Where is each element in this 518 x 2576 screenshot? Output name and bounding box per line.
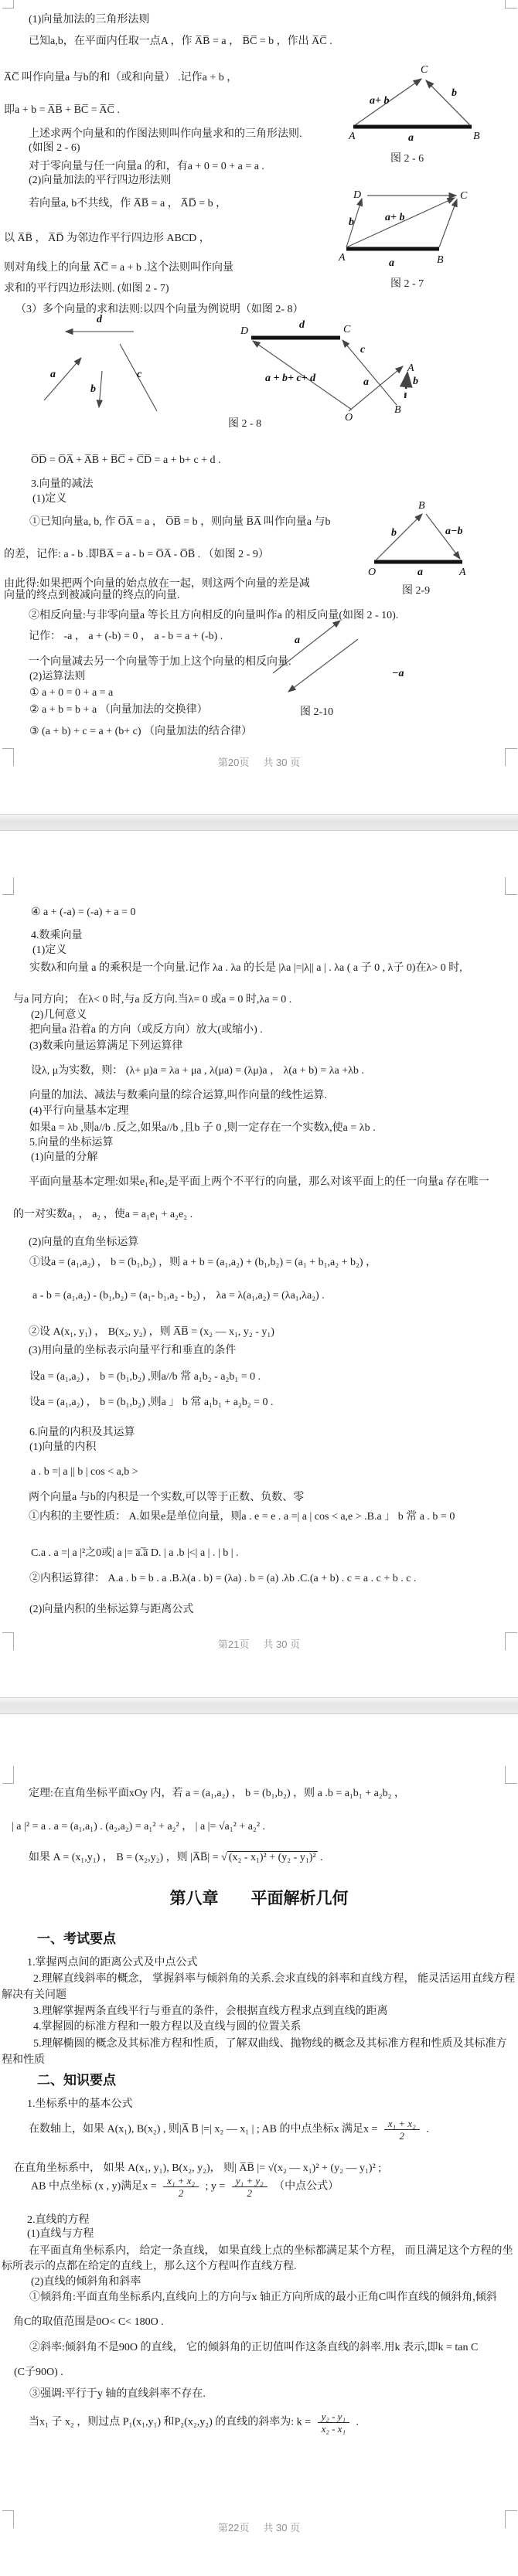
- page-separator: [0, 814, 518, 831]
- vertex-label: A: [407, 362, 414, 374]
- text-line: 一个向量减去另一个向量等于加上这个向量的相反向量.: [29, 656, 291, 669]
- margin-mark: [2, 748, 14, 766]
- text-line: (4)平行向量基本定理: [29, 1105, 128, 1118]
- formula-text: 在数轴上，如果 A(x₁), B(x₂) , 则|A̅ B̅ |=| x₂ — …: [29, 2124, 377, 2135]
- arrow-o-to-b: [376, 514, 422, 560]
- fraction: y₂ - y₁x₂ - x₁: [318, 2411, 349, 2435]
- fraction-denominator: 2: [163, 2187, 199, 2199]
- page-total: 共 30 页: [263, 1638, 300, 1650]
- vertex-label: B: [394, 404, 401, 416]
- abs-ab: |A̅B̅| =: [190, 1852, 218, 1863]
- vertex-label: D: [240, 325, 248, 337]
- text-line: (3)数乘向量运算满足下列运算律: [29, 1040, 182, 1053]
- page-number: 第20页: [218, 757, 249, 768]
- figure-2-8-free-vectors: d a b c: [43, 313, 170, 417]
- vector-label: −a: [392, 668, 404, 679]
- text-line: 对于零向量与任一向量a 的和，有a + 0 = 0 + a = a .: [29, 161, 264, 173]
- formula-line-distance-ab: 如果 A = (x₁,y₁) ， B = (x₂,y₂) ，则 |A̅B̅| =…: [29, 1852, 323, 1864]
- text-line: 2.理解直线斜率的概念， 掌握斜率与倾斜角的关系.会求直线的斜率和直线方程， 能…: [33, 1973, 515, 1986]
- vector-label: d: [97, 314, 103, 325]
- vector-neg-a-arrow: [288, 639, 358, 692]
- vector-label: a+ b: [370, 95, 389, 107]
- vector-label: a: [363, 376, 369, 388]
- fraction: x₁ + x₂2: [384, 2118, 420, 2142]
- text-line: 的一对实数a₁ ， a₂ ，使a = a₁e₁ + a₂e₂ .: [13, 1209, 193, 1221]
- text-line: 标所表示的点都在给定的直线上，那么这个方程叫作直线方程.: [2, 2261, 297, 2273]
- page-20: (1)向量加法的三角形法则 已知a,b，在平面内任取一点A ，作 A̅B̅ = …: [0, 0, 518, 814]
- vector-label: b: [349, 216, 354, 228]
- text-line: (3)用向量的坐标表示向量平行和垂直的条件: [29, 1345, 236, 1357]
- arrow-b-to-c: [439, 199, 457, 247]
- fraction-numerator: x₁ + x₂: [384, 2118, 420, 2130]
- text-line: a - b = (a₁,a₂) - (b₁,b₂) = (a₁- b₁,a₂ -…: [32, 1290, 325, 1302]
- formula-text: AB 中点坐标 (x , y)满足x =: [31, 2181, 157, 2193]
- text-line: 设λ, μ为实数，则： (λ+ μ)a = λa + μa , λ(μa) = …: [31, 1065, 364, 1077]
- page-22: 定理:在直角坐标平面xOy 内，若 a = (a₁,a₂) ， b = (b₁,…: [0, 1713, 518, 2576]
- formula-line-number-axis: 在数轴上，如果 A(x₁), B(x₂) , 则|A̅ B̅ |=| x₂ — …: [29, 2118, 429, 2142]
- text-line: (1)向量的分解: [31, 1152, 97, 1164]
- text-line: 向量的加法、减法与数乘向量的综合运算,叫作向量的线性运算.: [29, 1090, 327, 1102]
- text-line: ①设a = (a₁,a₂) ， b = (b₁,b₂) ，则 a + b = (…: [29, 1257, 377, 1269]
- vector-label: a: [408, 132, 414, 144]
- text-line: O̅D̅ = O̅A̅ + A̅B̅ + B̅C̅ + C̅D̅ = a + b…: [31, 454, 221, 467]
- figure-2-8-sum-polygon: D d C c a + b+ c+ d a b A B O: [234, 315, 493, 424]
- fraction-numerator: x₁ + x₂: [163, 2175, 199, 2187]
- text-line: A̅C̅ 叫作向量a 与b的和（或和向量） .记作a + b ，: [4, 72, 237, 84]
- text-line: 则对角线上的向量 A̅C̅ = a + b .这个法则叫作向量: [4, 262, 233, 274]
- text-line: 上述求两个向量和的作图法则叫作向量求和的三角形法则.: [29, 128, 302, 141]
- text-line: ③ (a + b) + c = a + (b+ c) （向量加法的结合律）: [29, 726, 252, 738]
- page-footer: 第21页共 30 页: [0, 1636, 518, 1651]
- margin-mark: [505, 0, 517, 9]
- vector-label: a: [295, 635, 300, 646]
- text-line: ②内积运算律： A.a . b = b . a .B.λ(a . b) = (λ…: [29, 1573, 416, 1585]
- text-line: 即a + b = A̅B̅ + B̅C̅ = A̅C̅ .: [4, 104, 120, 117]
- text-line: 平面向量基本定理:如果e₁和e₂是平面上两个不平行的向量，那么对该平面上的任一向…: [29, 1176, 489, 1189]
- text-line: 4.掌握圆的标准方程和一般方程以及直线与圆的位置关系: [33, 2021, 302, 2033]
- vertex-label: C: [343, 324, 351, 335]
- text-line: 的差，记作: a - b .即B̅A̅ = a - b = O̅A̅ - O̅B…: [4, 549, 269, 561]
- figure-caption: 图 2-9: [402, 582, 430, 597]
- text-line: (2)向量的直角坐标运算: [29, 1237, 138, 1249]
- document-canvas: (1)向量加法的三角形法则 已知a,b，在平面内任取一点A ，作 A̅B̅ = …: [0, 0, 518, 2576]
- text-line: ① a + 0 = 0 + a = a: [29, 687, 113, 699]
- text-line: 把向量a 沿着a 的方向（或反方向）放大(或缩小) .: [29, 1024, 263, 1036]
- formula-line-midpoint: AB 中点坐标 (x , y)满足x = x₁ + x₂2 ; y = y₁ +…: [31, 2175, 339, 2199]
- text-line: 在平面直角坐标系内， 给定一条直线， 如果直线上点的坐标都满足某个方程， 而且满…: [29, 2245, 513, 2258]
- page-footer: 第22页共 30 页: [0, 2520, 518, 2534]
- fraction-denominator: 2: [384, 2130, 420, 2142]
- text-line: 解决有关问题: [2, 1989, 66, 2002]
- fraction-denominator: x₂ - x₁: [318, 2423, 349, 2435]
- text-line: 已知a,b，在平面内任取一点A ，作 A̅B̅ = a ， B̅C̅ = b ，…: [29, 36, 332, 48]
- vector-label: c: [137, 369, 142, 380]
- vector-label: b: [413, 376, 418, 387]
- radicand: (x₂ - x₁)² + (y₂ - y₁)²: [227, 1851, 318, 1863]
- vertex-label: A: [458, 567, 466, 578]
- fraction-numerator: y₂ - y₁: [318, 2411, 349, 2423]
- text-line: 4.数乘向量: [31, 930, 83, 942]
- text-line: 以 A̅B̅ ， A̅D̅ 为邻边作平行四边形 ABCD ，: [4, 233, 210, 245]
- text-line: 程和性质: [2, 2054, 45, 2067]
- text-line: 如果a = λb ,则a//b .反之,如果a//b ,且b 子 0 ,则一定存…: [29, 1122, 376, 1135]
- vector-label: a: [50, 369, 56, 380]
- vertex-label: C: [460, 190, 468, 202]
- text-line: (2)向量内积的坐标运算与距离公式: [29, 1604, 193, 1616]
- text-line: 求和的平行四边形法则. (如图 2 - 7): [4, 283, 169, 295]
- text-line: 与a 同方向； 在λ< 0 时,与a 反方向.当λ= 0 或a = 0 时,λa…: [13, 994, 291, 1006]
- sum-label: a + b+ c+ d: [265, 373, 316, 384]
- vertex-label: A: [338, 252, 346, 264]
- figure-2-7-parallelogram-rule: D C b a+ b A B a: [336, 188, 500, 271]
- margin-mark: [505, 748, 517, 766]
- vector-label: d: [299, 319, 305, 331]
- text-line: 向量的终点到被减向量的终点的向量.: [4, 590, 180, 602]
- page-separator: [0, 1697, 518, 1714]
- text-line: (2)几何意义: [31, 1009, 87, 1022]
- formula-text: 当x₁ 子 x₂ ，则过点 P₁(x₁,y₁) 和P₂(x₂,y₂) 的直线的斜…: [29, 2417, 311, 2428]
- margin-mark: [2, 2510, 14, 2528]
- text-line: 记作： -a ， a + (-b) = 0 ， a - b = a + (-b)…: [29, 631, 223, 643]
- text-line: ①倾斜角:平面直角坐标系内,直线向上的方向与x 轴正方向所成的最小正角C叫作直线…: [29, 2292, 497, 2304]
- text-line: (如图 2 - 6): [29, 142, 80, 155]
- text-line: 若向量a, b不共线，作 A̅B̅ = a ， A̅D̅ = b ，: [29, 198, 227, 210]
- text-line: 在直角坐标系中， 如果 A(x₁, y₁), B(x₂, y₂)， 则| A̅B…: [14, 2163, 381, 2175]
- figure-caption: 图 2-10: [300, 703, 333, 719]
- formula-text: .: [320, 1852, 323, 1863]
- text-line: ①已知向量a, b, 作 O̅A̅ = a ， O̅B̅ = b ，则向量 B̅…: [29, 516, 331, 529]
- radical-sign: √: [221, 1852, 227, 1863]
- text-line: 角C的取值范围是0O< C< 180O .: [13, 2316, 164, 2329]
- text-line: | a |² = a . a = (a₁,a₁) . (a₂,a₂) = a₁²…: [12, 1821, 265, 1833]
- text-line: (1)直线与方程: [27, 2228, 94, 2241]
- vertex-label: C: [421, 64, 428, 76]
- fraction-denominator: 2: [232, 2187, 268, 2199]
- formula-text: .: [426, 2124, 429, 2135]
- page-footer: 第20页共 30 页: [0, 754, 518, 769]
- text-line: ②设 A(x₁, y₁) ， B(x₂, y₂) ，则 A̅B̅ = (x₂ —…: [29, 1326, 274, 1339]
- vector-label: b: [452, 87, 457, 99]
- figure-caption: 图 2 - 7: [390, 275, 424, 291]
- vertex-label: B: [473, 131, 480, 142]
- margin-mark: [505, 877, 517, 895]
- figure-2-10-opposite-vectors: a −a: [259, 617, 414, 702]
- text-line: ①内积的主要性质： A.如果e是单位向量，则a . e = e . a =| a…: [29, 1511, 455, 1523]
- page-number: 第21页: [218, 1638, 249, 1650]
- vertex-label: D: [353, 189, 361, 201]
- text-line: 5.理解椭圆的概念及其标准方程和性质，了解双曲线、抛物线的概念及其标准方程和性质…: [33, 2038, 507, 2050]
- formula-text: .: [356, 2417, 359, 2428]
- margin-mark: [505, 1632, 517, 1650]
- text-line: 6.向量的内积及其运算: [29, 1427, 135, 1439]
- margin-mark: [2, 877, 14, 895]
- vector-b-arrow: [99, 371, 102, 407]
- vector-label: a+ b: [385, 212, 404, 223]
- text-line: ② a + b = b + a （向量加法的交换律）: [29, 704, 208, 716]
- vertex-label: B: [418, 500, 425, 512]
- fraction: x₁ + x₂2: [163, 2175, 199, 2199]
- text-line: ③强调:平行于y 轴的直线斜率不存在.: [29, 2388, 206, 2401]
- page-total: 共 30 页: [263, 2522, 300, 2533]
- figure-caption: 图 2 - 8: [228, 415, 261, 430]
- text-line: 3.向量的减法: [31, 478, 94, 491]
- text-line: 5.向量的坐标运算: [29, 1137, 114, 1149]
- text-line: 设a = (a₁,a₂) ， b = (b₁,b₂) ,则a 」 b 常 a₁b…: [29, 1397, 274, 1409]
- vector-label: a: [389, 257, 394, 269]
- text-line: 2.直线的方程: [27, 2214, 90, 2227]
- margin-mark: [2, 0, 14, 9]
- margin-mark: [2, 1766, 14, 1784]
- text-line: (1)定义: [32, 944, 66, 957]
- vertex-label: B: [437, 254, 444, 266]
- vector-a-arrow: [273, 621, 340, 673]
- text-line: 1.掌握两点间的距离公式及中点公式: [27, 1957, 198, 1969]
- vector-label: c: [360, 344, 366, 356]
- chapter-title: 第八章 平面解析几何: [0, 1892, 518, 1904]
- margin-mark: [2, 1632, 14, 1650]
- vector-label: a−b: [445, 526, 462, 537]
- text-line: (2)向量加法的平行四边形法则: [29, 175, 171, 187]
- text-line: (C子90O) .: [14, 2367, 63, 2379]
- text-line: (2)直线的倾斜角和斜率: [31, 2276, 141, 2288]
- formula-text: （中点公式）: [274, 2181, 339, 2193]
- figure-caption: 图 2 - 6: [390, 150, 424, 165]
- text-line: (1)向量的内积: [29, 1441, 96, 1454]
- arrow-b-to-c: [426, 80, 470, 125]
- arrow-b-to-c: [342, 340, 397, 405]
- section-heading: 二、知识要点: [37, 2074, 116, 2087]
- text-line: 1.坐标系中的基本公式: [27, 2098, 133, 2111]
- fraction-numerator: y₁ + y₂: [232, 2175, 268, 2187]
- page-number: 第22页: [218, 2522, 249, 2533]
- vertex-label: O: [368, 567, 376, 578]
- vector-label: b: [90, 383, 96, 395]
- section-heading: 一、考试要点: [37, 1933, 116, 1945]
- page-total: 共 30 页: [263, 757, 300, 768]
- formula-text: 如果 A = (x₁,y₁) ， B = (x₂,y₂) ，则: [29, 1852, 188, 1863]
- text-line: ④ a + (-a) = (-a) + a = 0: [31, 907, 135, 919]
- text-line: (1)向量加法的三角形法则: [29, 14, 149, 26]
- vertex-label: A: [348, 131, 356, 142]
- vertex-label: O: [345, 412, 353, 424]
- formula-text: ; y =: [206, 2181, 226, 2193]
- fraction: y₁ + y₂2: [232, 2175, 268, 2199]
- margin-mark: [505, 2510, 517, 2528]
- text-line: 两个向量a 与b的内积是一个实数,可以等于正数、负数、零: [29, 1492, 304, 1504]
- vector-label: b: [391, 527, 397, 539]
- figure-2-9-subtraction: B b a−b O a A: [365, 499, 481, 580]
- text-line: 3.理解掌握两条直线平行与垂直的条件，会根据直线方程求点到直线的距离: [33, 2006, 388, 2018]
- page-21: ④ a + (-a) = (-a) + a = 0 4.数乘向量 (1)定义 实…: [0, 829, 518, 1697]
- text-line: 由此得:如果把两个向量的始点放在一起，则这两个向量的差是减: [4, 578, 310, 590]
- text-line: C.a . a =| a |²之0或| a |= a̅.̅a̅ D. | a .…: [31, 1547, 239, 1560]
- text-line: a . b =| a || b | cos < a,b >: [31, 1466, 138, 1479]
- vector-label: a: [417, 567, 423, 578]
- text-line: ②斜率:倾斜角不是90O 的直线， 它的倾斜角的正切值叫作这条直线的斜率.用k …: [29, 2342, 478, 2354]
- formula-line-slope: 当x₁ 子 x₂ ，则过点 P₁(x₁,y₁) 和P₂(x₂,y₂) 的直线的斜…: [29, 2411, 359, 2435]
- figure-2-6-triangle-rule: C b a+ b A a B: [348, 62, 491, 148]
- text-line: 实数λ和向量 a 的乘积是一个向量.记作 λa . λa 的长是 |λa |=|…: [29, 962, 462, 975]
- text-line: 设a = (a₁,a₂) ， b = (b₁,b₂) ,则a//b 常 a₁b₂…: [29, 1371, 261, 1383]
- arrow-b-vector-dashed: [405, 373, 407, 398]
- text-line: 定理:在直角坐标平面xOy 内，若 a = (a₁,a₂) ， b = (b₁,…: [29, 1788, 405, 1800]
- text-line: (2)运算法则: [29, 671, 85, 683]
- text-line: (1)定义: [32, 493, 66, 505]
- margin-mark: [505, 1766, 517, 1784]
